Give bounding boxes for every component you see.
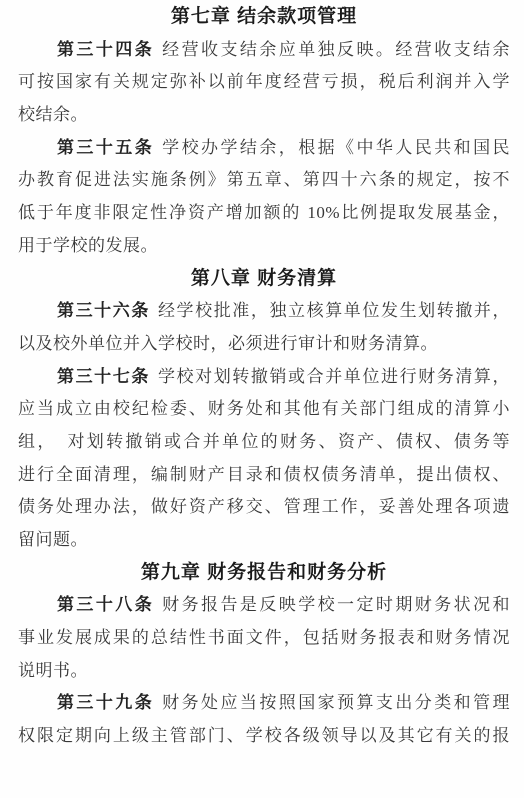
article-line: 应当成立由校纪检委、财务处和其他有关部门组成的清算小 — [18, 393, 510, 426]
article-line-text: 财务报告是反映学校一定时期财务状况和 — [162, 595, 510, 614]
chapter-heading: 第七章 结余款项管理 — [18, 1, 510, 34]
article-line: 债务处理办法，做好资产移交、管理工作，妥善处理各项遗 — [18, 491, 510, 524]
article-first-line: 第三十八条财务报告是反映学校一定时期财务状况和 — [18, 589, 510, 622]
document-page: 第七章 结余款项管理第三十四条经营收支结余应单独反映。经营收支结余可按国家有关规… — [0, 0, 524, 798]
article-line: 进行全面清理，编制财产目录和债权债务清单，提出债权、 — [18, 459, 510, 492]
article-number: 第三十七条 — [57, 367, 150, 386]
article-first-line: 第三十九条财务处应当按照国家预算支出分类和管理 — [18, 687, 510, 720]
article-line: 可按国家有关规定弥补以前年度经营亏损，税后利润并入学 — [18, 66, 510, 99]
article-line: 权限定期向上级主管部门、学校各级领导以及其它有关的报 — [18, 720, 510, 753]
article-line-text: 经学校批准，独立核算单位发生划转撤并， — [158, 301, 510, 320]
article-number: 第三十八条 — [57, 595, 154, 614]
article-line: 事业发展成果的总结性书面文件，包括财务报表和财务情况 — [18, 622, 510, 655]
article-line-text: 经营收支结余应单独反映。经营收支结余 — [162, 40, 510, 59]
article-line: 以及校外单位并入学校时，必须进行审计和财务清算。 — [18, 328, 510, 361]
article-number: 第三十九条 — [57, 693, 154, 712]
article-line: 留问题。 — [18, 524, 510, 557]
article-line: 说明书。 — [18, 655, 510, 688]
article-line: 低于年度非限定性净资产增加额的 10%比例提取发展基金， — [18, 197, 510, 230]
article-first-line: 第三十五条学校办学结余，根据《中华人民共和国民 — [18, 132, 510, 165]
article-line: 组， 对划转撤销或合并单位的财务、资产、债权、债务等 — [18, 426, 510, 459]
article-number: 第三十五条 — [57, 138, 154, 157]
article-number: 第三十六条 — [57, 301, 150, 320]
document-body: 第七章 结余款项管理第三十四条经营收支结余应单独反映。经营收支结余可按国家有关规… — [18, 1, 510, 753]
article-number: 第三十四条 — [57, 40, 154, 59]
article-line: 办教育促进法实施条例》第五章、第四十六条的规定，按不 — [18, 164, 510, 197]
chapter-heading: 第九章 财务报告和财务分析 — [18, 557, 510, 590]
article-line: 校结余。 — [18, 99, 510, 132]
article-first-line: 第三十四条经营收支结余应单独反映。经营收支结余 — [18, 34, 510, 67]
article-first-line: 第三十七条学校对划转撤销或合并单位进行财务清算， — [18, 361, 510, 394]
article-line: 用于学校的发展。 — [18, 230, 510, 263]
article-line-text: 学校办学结余，根据《中华人民共和国民 — [162, 138, 510, 157]
article-line-text: 学校对划转撤销或合并单位进行财务清算， — [158, 367, 510, 386]
article-first-line: 第三十六条经学校批准，独立核算单位发生划转撤并， — [18, 295, 510, 328]
article-line-text: 财务处应当按照国家预算支出分类和管理 — [162, 693, 510, 712]
chapter-heading: 第八章 财务清算 — [18, 263, 510, 296]
